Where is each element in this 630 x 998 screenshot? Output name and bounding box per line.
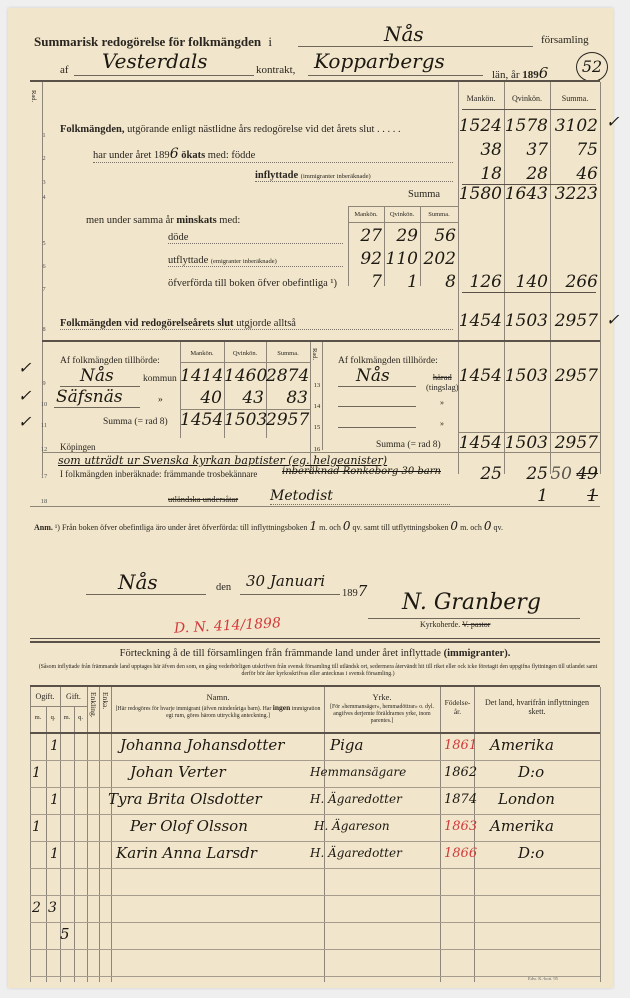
printer-mark: Edw. K.-hoit. 95 xyxy=(528,976,558,981)
row-3-male: 18 xyxy=(458,164,502,184)
label-bold: Folkmängden, xyxy=(60,124,124,135)
table-row xyxy=(30,950,600,977)
ditto-label: » xyxy=(440,419,444,428)
table-row: 1 Johan Verter Hemmansägare 1862 D:o xyxy=(30,761,600,788)
rad-column-border xyxy=(42,82,43,474)
note-in-m: 1 xyxy=(309,519,317,533)
row-6-sum: 202 xyxy=(420,249,456,269)
col-header-m: m. xyxy=(60,714,74,721)
right-intro: Af folkmängden tillhörde: xyxy=(338,356,438,366)
row-11-male: 1454 xyxy=(180,410,222,430)
date-field[interactable]: 30 Januari xyxy=(240,574,340,595)
row-17-handwritten: inberäknad Ronkeborg 30 barn xyxy=(282,466,441,477)
immigrant-country: Amerika xyxy=(490,817,554,835)
row-number: 13 xyxy=(311,382,323,389)
footnote: Anm. ¹) Från boken öfver obefintliga äro… xyxy=(34,519,503,533)
row-17-struck-sum: 49 xyxy=(568,464,598,484)
note-text: m. och xyxy=(460,523,482,532)
label-bold: ökats xyxy=(181,150,205,161)
row-7-sum: 8 xyxy=(420,272,456,292)
immigrant-birth-year: 1866 xyxy=(444,846,477,861)
title-bold: (immigranter). xyxy=(444,648,511,659)
municipality-field[interactable]: Nås xyxy=(60,368,140,387)
contract-field[interactable]: Vesterdals xyxy=(74,53,254,76)
row-4-female: 1643 xyxy=(504,184,548,204)
count-unmarried-male: 1 xyxy=(32,819,41,835)
label-small: (immigranter inberäknade) xyxy=(301,173,371,180)
signature-date: 30 Januari xyxy=(246,572,325,590)
col-header-name: Namn. xyxy=(112,692,324,702)
sub-col-sum: Summa. xyxy=(420,211,458,218)
row-8-female: 1503 xyxy=(504,311,548,331)
district-field[interactable] xyxy=(338,411,416,428)
label-bold: inflyttade xyxy=(255,170,298,181)
parish-name: Nås xyxy=(384,22,424,46)
immigrant-birth-year: 1874 xyxy=(444,792,477,807)
place-field[interactable]: Nås xyxy=(86,574,206,595)
municipality-name: Säfsnäs xyxy=(56,387,123,407)
note-text: [Här redogöres för hvarje immigrant (äfv… xyxy=(116,706,272,712)
immigrant-country: D:o xyxy=(518,763,544,781)
check-mark-icon: ✓ xyxy=(606,112,619,131)
row-5-female: 29 xyxy=(384,226,418,246)
row-6-male: 92 xyxy=(348,249,382,269)
tingslag-label: (tingslag) xyxy=(426,382,459,392)
col-header-male: Mankön. xyxy=(458,94,504,103)
district-field[interactable] xyxy=(338,390,416,407)
row-11-female: 1503 xyxy=(224,410,264,430)
county-name: Kopparbergs xyxy=(314,49,445,73)
note-prefix: Anm. xyxy=(34,523,53,532)
row-9-female: 1460 xyxy=(224,366,264,386)
immigrant-country: Amerika xyxy=(490,736,554,754)
row-1-sum: 3102 xyxy=(550,116,598,136)
row-1-female: 1578 xyxy=(504,116,548,136)
row-2-female: 37 xyxy=(504,140,548,160)
immigrant-occupation: H. Ägaredotter xyxy=(310,846,402,860)
row-2-label: har under året 1896 ökats med: födde xyxy=(93,146,453,163)
col-header-unmarried: Ogift. xyxy=(30,692,60,701)
parish-field[interactable]: Nås xyxy=(298,24,533,47)
row-number: 1 xyxy=(38,132,50,139)
row-7-total-male: 126 xyxy=(458,272,502,292)
row-8-male: 1454 xyxy=(458,311,502,331)
row-6-label: utflyttade (emigranter inberäknade) xyxy=(168,255,343,267)
title-text: Summarisk redogörelse för folkmängden xyxy=(34,34,261,49)
total-female: 3 xyxy=(48,900,57,916)
row-10-male: 40 xyxy=(180,388,222,408)
row-number: 11 xyxy=(38,422,50,429)
row-number: 10 xyxy=(38,401,50,408)
rad-header: Rad. xyxy=(311,348,318,360)
row-7-total-sum: 266 xyxy=(550,272,598,292)
row-18-struck-sum: 1 xyxy=(568,486,598,506)
sub-header-rule xyxy=(348,222,458,223)
row-5-male: 27 xyxy=(348,226,382,246)
circled-page-number: 52 xyxy=(576,52,608,82)
row-16-male: 1454 xyxy=(458,433,502,453)
red-archive-mark: D. N. 414/1898 xyxy=(174,615,282,637)
col-border xyxy=(600,687,601,982)
check-mark-icon: ✓ xyxy=(18,358,31,377)
table-row-totals: 2 3 xyxy=(30,896,600,923)
row-10-sum: 83 xyxy=(266,388,308,408)
table-row-grand-total: 5 xyxy=(30,923,600,950)
immigrant-birth-year: 1861 xyxy=(444,738,477,753)
row-number: 5 xyxy=(38,240,50,247)
col-border xyxy=(600,82,601,474)
title-text: Förteckning å de till församlingen från … xyxy=(120,648,441,659)
col-header-female: Qvinkön. xyxy=(504,94,550,103)
title-i: i xyxy=(268,34,272,49)
immigrant-occupation: H. Ägareson xyxy=(314,819,390,833)
row-3-female: 28 xyxy=(504,164,548,184)
district-field[interactable]: Nås xyxy=(338,368,416,387)
row-number: 6 xyxy=(38,263,50,270)
table-row: 1 Per Olof Olsson H. Ägareson 1863 Ameri… xyxy=(30,815,600,842)
col-header-married: Gift. xyxy=(60,692,87,701)
left-col-female: Qvinkön. xyxy=(224,350,266,357)
row-4-sum: 3223 xyxy=(550,184,598,204)
col-header-sum: Summa. xyxy=(550,94,600,103)
note-text: m. och xyxy=(319,523,341,532)
col-header-m: m. xyxy=(30,714,46,721)
table-row: 1 Karin Anna Larsdr H. Ägaredotter 1866 … xyxy=(30,842,600,869)
immigrant-name: Tyra Brita Olsdotter xyxy=(108,790,262,808)
decrease-intro: men under samma år minskats med: xyxy=(86,215,240,226)
immigrant-name: Per Olof Olsson xyxy=(130,817,248,835)
col-header-name-note: [Här redogöres för hvarje immigrant (äfv… xyxy=(114,704,322,720)
den-label: den xyxy=(216,582,231,593)
label-bold: Folkmängden vid redogörelseårets slut xyxy=(60,318,234,329)
row-number: 17 xyxy=(38,473,50,480)
harad-label: härad (tingslag) xyxy=(426,372,459,392)
note-text: qv. xyxy=(493,523,502,532)
parish-suffix: församling xyxy=(541,34,589,46)
row-5-label: döde xyxy=(168,232,343,244)
immigrant-name: Johan Verter xyxy=(130,763,226,781)
immigrant-name: Johanna Johansdotter xyxy=(120,736,284,754)
census-form-page: Summarisk redogörelse för folkmängden i … xyxy=(8,8,613,988)
row-number: 4 xyxy=(38,194,50,201)
col-header-country: Det land, hvarifrån inflyttningen skett. xyxy=(478,698,596,716)
immigrant-country: London xyxy=(498,790,555,808)
table-row xyxy=(30,869,600,896)
col-header-occupation: Yrke. xyxy=(324,692,440,702)
row-number: 9 xyxy=(38,380,50,387)
title-struck: V. pastor xyxy=(462,620,490,629)
table-row xyxy=(30,977,600,998)
row-11-sum: 2957 xyxy=(266,410,308,430)
intro-pre: men under samma år xyxy=(86,215,174,226)
rad-header: Rad. xyxy=(30,90,37,102)
row-9-sum: 2874 xyxy=(266,366,308,386)
row-17-sum: 50 xyxy=(538,464,572,484)
row-7-label: öfverförda till boken öfver obefintliga … xyxy=(168,278,337,289)
immigrant-birth-year: 1863 xyxy=(444,819,477,834)
signature-year: 1897 xyxy=(342,582,367,600)
col-border xyxy=(458,342,459,474)
row-number: 7 xyxy=(38,286,50,293)
note-in-q: 0 xyxy=(343,519,351,533)
form-title: Summarisk redogörelse för folkmängden i xyxy=(34,34,272,50)
immigrant-occupation: H. Ägaredotter xyxy=(310,792,402,806)
row-4-male: 1580 xyxy=(458,184,502,204)
header-rule xyxy=(30,706,87,707)
signer-name: N. Granberg xyxy=(402,590,541,615)
divider xyxy=(30,685,600,687)
row-2-sum: 75 xyxy=(550,140,598,160)
sum-rule xyxy=(462,292,596,293)
table-row: 1 Johanna Johansdotter Piga 1861 Amerika xyxy=(30,734,600,761)
col-border xyxy=(322,342,323,450)
immigrant-rows: 1 Johanna Johansdotter Piga 1861 Amerika… xyxy=(30,734,600,998)
contract-name: Vesterdals xyxy=(102,49,208,73)
label-pre: har under året 189 xyxy=(93,150,170,161)
divider xyxy=(30,506,600,507)
immigrant-occupation: Hemmansägare xyxy=(310,765,406,779)
col-header-q: q. xyxy=(46,714,60,721)
row-6-female: 110 xyxy=(384,249,418,269)
row-7-total-female: 140 xyxy=(504,272,548,292)
label-text: utgjorde alltså xyxy=(236,318,296,329)
row-2-male: 38 xyxy=(458,140,502,160)
year-printed: 189 xyxy=(342,588,358,599)
sub-col-male: Mankön. xyxy=(348,211,384,218)
check-mark-icon: ✓ xyxy=(18,412,31,431)
row-number: 14 xyxy=(311,403,323,410)
county-field[interactable]: Kopparbergs xyxy=(308,53,483,76)
kommun-label: kommun xyxy=(143,374,177,384)
row-9-male: 1414 xyxy=(180,366,222,386)
row-number: 15 xyxy=(311,424,323,431)
note-out-q: 0 xyxy=(484,519,492,533)
divider xyxy=(30,641,600,643)
af-label: af xyxy=(60,64,69,76)
count-unmarried-female: 1 xyxy=(50,738,59,754)
title-text: Kyrkoherde. xyxy=(420,620,460,629)
table-row: 1 Tyra Brita Olsdotter H. Ägaredotter 18… xyxy=(30,788,600,815)
row-18-struck-label: utländska undersåtar xyxy=(168,494,238,504)
intro-post: med: xyxy=(219,215,240,226)
signature-place: Nås xyxy=(118,570,158,594)
col-header-widow: Enka. xyxy=(101,692,110,709)
municipality-field[interactable]: Säfsnäs xyxy=(54,389,140,408)
row-4-label: Summa xyxy=(408,189,440,200)
immigrant-name: Karin Anna Larsdr xyxy=(116,844,257,862)
left-intro: Af folkmängden tillhörde: xyxy=(60,356,160,366)
row-number: 3 xyxy=(38,179,50,186)
row-16-sum: 2957 xyxy=(550,433,598,453)
district-name: Nås xyxy=(356,366,390,386)
row-number: 8 xyxy=(38,326,50,333)
row-10-female: 43 xyxy=(224,388,264,408)
row-13-sum: 2957 xyxy=(550,366,598,386)
row-8-label: Folkmängden vid redogörelseårets slut ut… xyxy=(60,318,453,330)
ditto-label: » xyxy=(158,395,163,405)
sub-table-top xyxy=(348,206,458,207)
right-sum-label: Summa (= rad 8) xyxy=(376,440,441,450)
divider xyxy=(42,340,600,342)
label-small: (emigranter inberäknade) xyxy=(211,258,277,265)
note-bold: ingen xyxy=(273,703,291,712)
grand-total: 5 xyxy=(60,925,70,943)
row-8-sum: 2957 xyxy=(550,311,598,331)
row-number: 18 xyxy=(38,498,50,505)
year-handwritten: 7 xyxy=(358,582,368,600)
left-sum-label: Summa (= rad 8) xyxy=(103,417,168,427)
intro-bold: minskats xyxy=(176,215,216,226)
row-13-male: 1454 xyxy=(458,366,502,386)
signature-field[interactable]: N. Granberg xyxy=(368,596,580,619)
row-3-label: inflyttade (immigranter inberäknade) xyxy=(255,170,453,182)
note-text: ¹) Från boken öfver obefintliga äro unde… xyxy=(55,523,308,532)
row-1-male: 1524 xyxy=(458,116,502,136)
note-out-m: 0 xyxy=(450,519,458,533)
row-13-female: 1503 xyxy=(504,366,548,386)
immigrant-country: D:o xyxy=(518,844,544,862)
koping-label: Köpingen xyxy=(60,442,96,452)
contract-label: kontrakt, xyxy=(256,64,295,76)
divider xyxy=(30,638,600,639)
check-mark-icon: ✓ xyxy=(606,310,619,329)
count-unmarried-female: 1 xyxy=(50,846,59,862)
municipality-name: Nås xyxy=(80,366,114,386)
col-header-occupation-note: [För »hemmansäger», hemmadöttrar» o. dyl… xyxy=(326,704,438,725)
divider xyxy=(42,452,600,453)
col-header-widower: Enkling. xyxy=(89,692,98,718)
struck-label: härad xyxy=(426,372,459,382)
header-rule xyxy=(180,362,310,363)
immigrant-occupation: Piga xyxy=(330,736,363,754)
total-male: 2 xyxy=(32,900,41,916)
ditto-label: » xyxy=(440,398,444,407)
row-17-male: 25 xyxy=(458,464,502,484)
label-text: med: födde xyxy=(208,150,256,161)
col-header-q: q. xyxy=(74,714,87,721)
row-17-label: I folkmängden inberäknade: främmande tro… xyxy=(60,469,257,479)
count-unmarried-female: 1 xyxy=(50,792,59,808)
label-text: utgörande enligt nästlidne års redogörel… xyxy=(127,124,374,135)
divider xyxy=(30,80,600,82)
col-header-birth-year: Födelse-år. xyxy=(441,698,474,716)
note-text: qv. samt till utflyttningsboken xyxy=(353,523,449,532)
row-18-handwritten: Metodist xyxy=(270,488,450,505)
sub-col-female: Qvinkön. xyxy=(384,211,420,218)
left-col-male: Mankön. xyxy=(180,350,224,357)
count-unmarried-male: 1 xyxy=(32,765,41,781)
row-7-male: 7 xyxy=(348,272,382,292)
row-3-sum: 46 xyxy=(550,164,598,184)
label-text: utflyttade xyxy=(168,255,208,266)
row-18-female: 1 xyxy=(504,486,548,506)
row-number: 2 xyxy=(38,155,50,162)
row-7-female: 1 xyxy=(384,272,418,292)
header-rule xyxy=(462,109,596,110)
col-border xyxy=(550,342,551,474)
label-year: 6 xyxy=(170,146,179,162)
row-1-label: Folkmängden, utgörande enligt nästlidne … xyxy=(60,124,401,135)
left-col-sum: Summa. xyxy=(266,350,310,357)
check-mark-icon: ✓ xyxy=(18,386,31,405)
immigrant-birth-year: 1862 xyxy=(444,765,477,780)
immigrants-title: Förteckning å de till församlingen från … xyxy=(30,648,600,659)
col-border xyxy=(504,342,505,474)
immigrants-subtitle: (Såsom inflyttade från främmande land up… xyxy=(38,664,598,678)
row-16-female: 1503 xyxy=(504,433,548,453)
signer-title: Kyrkoherde. V. pastor xyxy=(420,620,490,629)
row-5-sum: 56 xyxy=(420,226,456,246)
